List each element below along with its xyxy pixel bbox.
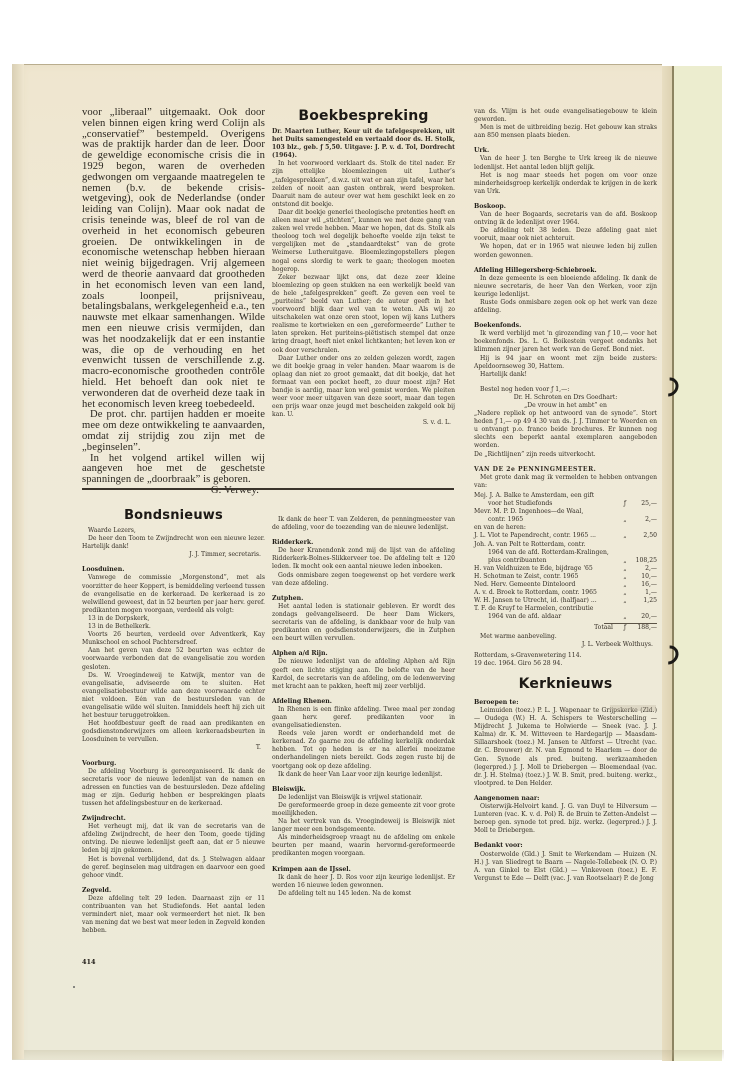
ledger-row: Ned. Herv. Gemeente Dinteloord„16,— (474, 581, 657, 589)
paragraph: Het is nog maar steeds het pogen om voor… (474, 172, 657, 196)
paragraph: Het is bovenal verblijdend, dat ds. J. S… (82, 856, 265, 880)
order-title: „De vrouw in het ambt” en (474, 402, 657, 410)
ledger-description: plus contribuanten (474, 557, 619, 565)
ledger-currency: „ (619, 573, 631, 581)
intro-paragraph: De heer den Toom te Zwijndrecht won een … (82, 535, 265, 551)
ledger-currency: „ (619, 581, 631, 589)
ledger-currency: „ (619, 516, 631, 524)
ledger-currency: „ (619, 557, 631, 565)
order-line: Bestel nog heden voor ƒ 1,—: (474, 386, 657, 394)
section-heading-kerknieuws: Kerknieuws (474, 676, 657, 693)
total-label: Totaal (594, 624, 613, 632)
ledger-row: contr. 1965„2,— (474, 516, 657, 524)
page-shadow (24, 1050, 724, 1060)
paragraph: Als minderheidsgroep vraagt nu de afdeli… (272, 834, 455, 858)
paragraph: De afdeling telt 38 leden. Deze afdeling… (474, 227, 657, 243)
ledger-row: T. F. de Kruyf te Harmelen, contributie (474, 605, 657, 613)
ledger-currency: ƒ (619, 500, 631, 508)
ledger-description: Joh. A. van Pelt te Rotterdam, contr. (474, 541, 619, 549)
paragraph: Ik dank de heer J. D. Ros voor zijn keur… (272, 874, 455, 890)
review-paragraph: Daar dit boekje generlei theologische pr… (272, 209, 455, 274)
subheading: Urk. (474, 147, 657, 155)
paragraph: Voorts 26 beurten, verdeeld over Adventk… (82, 631, 265, 647)
essay-paragraph: In het volgend artikel willen wij aangev… (82, 454, 265, 486)
signature: T. (82, 744, 265, 752)
subheading: Boekenfonds. (474, 322, 657, 330)
subheading: Voorburg. (82, 760, 265, 768)
ledger-amount (631, 492, 657, 500)
treasurer-address: Rotterdam, s-Gravenwetering 114. (474, 652, 657, 660)
paragraph: De gereformeerde groep in deze gemeente … (272, 802, 455, 818)
ledger-amount: 20,— (631, 613, 657, 621)
paragraph: We hopen, dat er in 1965 wat nieuwe lede… (474, 243, 657, 259)
ledger-amount: 1,— (631, 589, 657, 597)
paragraph: Men is met de uitbreiding bezig. Het geb… (474, 124, 657, 140)
ledger-description: J. L. Vlot te Papendrecht, contr. 1965 .… (474, 532, 619, 540)
ledger-row: plus contribuanten„108,25 (474, 557, 657, 565)
paragraph: De ledenlijst van Bleiswijk is vrijwel s… (272, 794, 455, 802)
ledger-row: Mej. J. A. Balke te Amsterdam, een gift (474, 492, 657, 500)
ledger-description: H. Schotman te Zeist, contr. 1965 (474, 573, 619, 581)
closing: Met warme aanbeveling. (474, 633, 657, 641)
paragraph: Het hoofdbestuur geeft de raad aan predi… (82, 720, 265, 744)
intro-signature: J. J. Timmer, secretaris. (82, 551, 265, 559)
ledger-row: Joh. A. van Pelt te Rotterdam, contr. (474, 541, 657, 549)
paragraph: Van de heer J. ten Berghe te Urk kreeg i… (474, 155, 657, 171)
subheading: Zwijndrecht. (82, 815, 265, 823)
total-amount: 188,— (631, 624, 657, 632)
ledger-description: Mej. J. A. Balke te Amsterdam, een gift (474, 492, 619, 500)
subheading: Loosduinen. (82, 566, 265, 574)
ledger-amount (631, 508, 657, 516)
ledger-total: Totaal ƒ 188,— (474, 623, 657, 632)
subheading: Krimpen aan de IJssel. (272, 866, 455, 874)
ledger-row: H. van Veldhuizen te Ede, bijdrage '65„2… (474, 565, 657, 573)
subheading: Aangenomen naar: (474, 795, 657, 803)
ledger-currency: „ (619, 589, 631, 597)
paragraph: De afdeling telt nu 145 leden. Na de kom… (272, 890, 455, 898)
ledger-description: H. van Veldhuizen te Ede, bijdrage '65 (474, 565, 619, 573)
ledger-description: 1964 van de afd. aldaar (474, 613, 619, 621)
paragraph: Het verheugt mij, dat ik van de secretar… (82, 823, 265, 855)
subheading: Zutphen. (272, 595, 455, 603)
page-edge (12, 64, 24, 1059)
review-signature: S. v. d. L. (272, 419, 455, 427)
donation-ledger: Mej. J. A. Balke te Amsterdam, een giftv… (474, 492, 657, 622)
ledger-currency: „ (619, 613, 631, 621)
ledger-amount: 1,25 (631, 597, 657, 605)
ledger-currency (619, 492, 631, 500)
faint-stamp (610, 705, 656, 711)
ledger-row: voor het Studiefondsƒ25,— (474, 500, 657, 508)
ledger-description: voor het Studiefonds (474, 500, 619, 508)
treasurer-title: VAN DE 2e PENNINGMEESTER. (474, 466, 657, 474)
ledger-amount: 10,— (631, 573, 657, 581)
ledger-currency: „ (619, 597, 631, 605)
treasurer-signature: J. L. Verbeek Wolthuys. (474, 641, 657, 649)
subheading: Zegveld. (82, 887, 265, 895)
subheading: Bedankt voor: (474, 842, 657, 850)
treasurer-intro: Met grote dank mag ik vermelden te hebbe… (474, 474, 657, 490)
review-paragraph: Zeker bezwaar lijkt ons, dat deze zeer k… (272, 274, 455, 355)
order-soldout: De „Richtlijnen” zijn reeds uitverkocht. (474, 451, 657, 459)
ledger-row: en van de heren: (474, 524, 657, 532)
next-page-edge (674, 66, 722, 1061)
ledger-description: Mevr. M. P. D. Ingenhoes—de Waal, (474, 508, 619, 516)
ledger-currency (619, 508, 631, 516)
subheading: Afdeling Rhenen. (272, 698, 455, 706)
ledger-row: 1964 van de afd. Rotterdam-Kralingen, (474, 549, 657, 557)
review-paragraph: In het voorwoord verklaart ds. Stolk de … (272, 160, 455, 209)
ledger-row: W. H. Jansen te Utrecht, id. (halfjaar) … (474, 597, 657, 605)
paragraph: van ds. Vlijm is het oude evangelisatieg… (474, 108, 657, 124)
ledger-description: en van de heren: (474, 524, 619, 532)
order-body: „Nadere repliek op het antwoord van de s… (474, 410, 657, 450)
ledger-amount: 108,25 (631, 557, 657, 565)
total-currency: ƒ (619, 624, 631, 632)
paragraph: Ik dank de heer T. van Zelderen, de penn… (272, 516, 455, 532)
ledger-row: H. Schotman te Zeist, contr. 1965„10,— (474, 573, 657, 581)
ledger-currency: „ (619, 565, 631, 573)
ledger-amount (631, 605, 657, 613)
boekbespreking-article: Boekbespreking Dr. Maarten Luther, Keur … (272, 108, 455, 427)
order-notice: Bestel nog heden voor ƒ 1,—: Dr. H. Schr… (474, 386, 657, 459)
paragraph: Het aantal leden is stationair gebleven.… (272, 603, 455, 643)
paragraph: 13 in de Bethelkerk. (82, 623, 265, 631)
ledger-amount: 2,— (631, 565, 657, 573)
paragraph: Hartelijk dank! (474, 371, 657, 379)
paragraph: Ik dank de heer Van Laar voor zijn keuri… (272, 771, 455, 779)
ledger-row: A. v. d. Broek te Rotterdam, contr. 1965… (474, 589, 657, 597)
paragraph: De afdeling Voorburg is gereorganiseerd.… (82, 768, 265, 808)
essay-paragraph: De prot. chr. partijen hadden er moeite … (82, 410, 265, 453)
essay-article: voor „liberaal” uitgemaakt. Ook door vel… (82, 108, 265, 497)
paragraph: In deze gemeente is een bloeiende afdeli… (474, 275, 657, 299)
paragraph: Ruste Gods onmisbare zegen ook op het we… (474, 299, 657, 315)
ledger-description: A. v. d. Broek te Rotterdam, contr. 1965 (474, 589, 619, 597)
ledger-currency (619, 541, 631, 549)
paragraph: Ds. W. Vroegindeweij te Katwijk, mentor … (82, 672, 265, 721)
greeting: Waarde Lezers, (82, 527, 265, 535)
subheading: Ridderkerk. (272, 539, 455, 547)
paragraph: Reeds vele jaren wordt er onderhandeld m… (272, 730, 455, 770)
paragraph: Vanwege de commissie „Morgenstond”, met … (82, 574, 265, 614)
subheading: Alphen a/d Rijn. (272, 650, 455, 658)
treasurer-date-giro: 19 dec. 1964. Giro 56 28 94. (474, 660, 657, 668)
subheading: Afdeling Hillegersberg-Schiebroek. (474, 267, 657, 275)
review-paragraph: Daar Luther onder ons zo zelden gelezen … (272, 355, 455, 420)
column-three: van ds. Vlijm is het oude evangelisatieg… (474, 108, 657, 883)
ledger-row: Mevr. M. P. D. Ingenhoes—de Waal, (474, 508, 657, 516)
ledger-currency (619, 524, 631, 532)
ledger-description: T. F. de Kruyf te Harmelen, contributie (474, 605, 619, 613)
paragraph: Ik werd verblijd met 'n girozending van … (474, 330, 657, 354)
paragraph: De nieuwe ledenlijst van de afdeling Alp… (272, 658, 455, 690)
ledger-description: 1964 van de afd. Rotterdam-Kralingen, (474, 549, 619, 557)
ledger-row: J. L. Vlot te Papendrecht, contr. 1965 .… (474, 532, 657, 540)
ledger-amount (631, 549, 657, 557)
paragraph: 13 in de Dorpskerk, (82, 615, 265, 623)
paragraph: Van de heer Bogaards, secretaris van de … (474, 211, 657, 227)
paragraph: Gods onmisbare zegen toegewenst op het v… (272, 572, 455, 588)
subheading: Boskoop. (474, 203, 657, 211)
order-authors: Dr. H. Schroten en Drs Goedhart: (474, 394, 657, 402)
ledger-description: contr. 1965 (474, 516, 619, 524)
ledger-amount: 16,— (631, 581, 657, 589)
paragraph: Leimuiden (toez.) P. L. J. Wapenaar te G… (474, 707, 657, 788)
ledger-amount: 25,— (631, 500, 657, 508)
section-divider (82, 488, 454, 490)
ledger-amount (631, 541, 657, 549)
ledger-currency (619, 549, 631, 557)
ledger-currency (619, 605, 631, 613)
essay-paragraph: voor „liberaal” uitgemaakt. Ook door vel… (82, 108, 265, 410)
ledger-description: Ned. Herv. Gemeente Dinteloord (474, 581, 619, 589)
ledger-currency: „ (619, 532, 631, 540)
paragraph: De heer Kranendonk zond mij de lijst van… (272, 547, 455, 571)
paragraph: Hij is 94 jaar en woont met zijn beide z… (474, 355, 657, 371)
paragraph: Oisterwijk-Helvoirt kand. J. G. van Duyl… (474, 803, 657, 835)
bondsnieuws-article: Bondsnieuws Waarde Lezers, De heer den T… (82, 508, 265, 935)
ledger-amount (631, 524, 657, 532)
paragraph: Oosterwolde (Gld.) J. Smit te Werkendam … (474, 851, 657, 883)
paragraph: Deze afdeling telt 29 leden. Daarnaast z… (82, 895, 265, 935)
page-number: 414 (82, 958, 96, 966)
page-gutter (662, 66, 672, 1061)
ledger-row: 1964 van de afd. aldaar„20,— (474, 613, 657, 621)
subheading: Bleiswijk. (272, 786, 455, 794)
ledger-description: W. H. Jansen te Utrecht, id. (halfjaar) … (474, 597, 619, 605)
section-heading-bondsnieuws: Bondsnieuws (82, 508, 265, 523)
ink-dot (73, 986, 75, 988)
paragraph: Na het vertrek van ds. Vroegindeweij is … (272, 818, 455, 834)
paragraph: Aan het geven van deze 52 beurten was ec… (82, 647, 265, 671)
ledger-amount: 2,50 (631, 532, 657, 540)
ledger-amount: 2,— (631, 516, 657, 524)
bondsnieuws-continued: Ik dank de heer T. van Zelderen, de penn… (272, 508, 455, 898)
book-reference: Dr. Maarten Luther, Keur uit de tafelges… (272, 128, 455, 160)
paragraph: In Rhenen is een flinke afdeling. Twee m… (272, 706, 455, 730)
section-heading-boekbespreking: Boekbespreking (272, 108, 455, 124)
